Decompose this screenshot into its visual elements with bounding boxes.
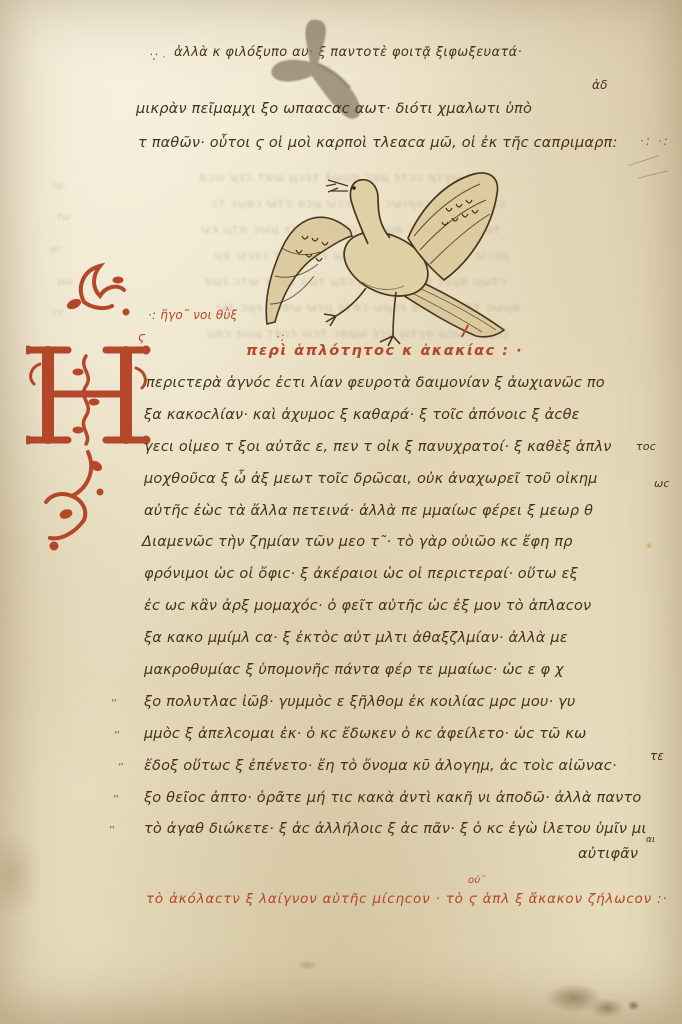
diple-mark: ’’ [111,697,116,710]
footer-superscript: οὐ῀ [468,875,486,886]
stain [627,1000,640,1011]
body-line: ξα κακοϲλίαν· καὶ ἀχυμοϲ ξ καθαρά· ξ τοῖ… [144,407,580,423]
margin-note: ωϲ [654,477,670,490]
show-through-mark: τω [56,212,70,223]
margin-note: τε [650,749,664,763]
body-line: αὐτῆϲ ἐὼϲ τὰ ἄλλα πετεινά· ἀλλὰ πε μμαίω… [144,503,593,519]
body-line: ἐϲ ωϲ κἂν ἀρξ μομαχόϲ· ὁ φεῖτ αὐτῆϲ ὡϲ ἐ… [144,598,591,614]
red-dots-mark: ·: [276,330,286,344]
body-line: Διαμενῶϲ τὴν ζημίαν τῶν μεο τ῀· τὸ γὰρ ο… [142,534,573,550]
diple-mark: ’’ [113,793,118,806]
dove-illustration-icon [250,164,536,356]
diple-mark: ’’ [109,824,114,837]
body-line: ἔδοξ οὕτωϲ ξ ἐπένετο· ἔη τὸ ὄνομα κῡ ἀλο… [144,758,617,774]
body-line: φρόνιμοι ὡϲ οἱ ὄφιϲ· ξ ἀκέραιοι ὡϲ οἱ πε… [144,566,578,582]
manuscript-page: { "colors": { "parchment": "#e9dfc3", "i… [0,0,682,1024]
stain [545,983,603,1013]
header-ornament-dot-icon: · [162,50,166,64]
diple-mark: ’’ [118,761,123,774]
body-line: γεϲι οἰμεο τ ξοι αὐτᾶϲ ε, πεν τ οἰκ ξ πα… [144,439,612,455]
diple-mark: ’’ [114,729,119,742]
body-line: ξα κακο μμίμλ ϲα· ξ ἐκτὸϲ αὐτ μλτι ἀθαξζ… [144,630,568,646]
body-line: ξο θεῖοϲ ἀπτο· ὁρᾶτε μή τιϲ κακὰ ἀντὶ κα… [144,790,641,806]
body-line: περιϲτερὰ ἁγνόϲ ἐϲτι λίαν φευροτὰ δαιμον… [146,375,605,391]
stain [296,960,318,970]
body-line: ξο πολυτλαϲ ἰῶβ· γυμμὸϲ ε ξῆλθομ ἐκ κοιλ… [144,694,576,710]
pencil-mark [629,155,660,166]
show-through-mark: ϲμ [52,180,64,191]
ochre-speck [645,542,653,549]
upper-text-line: μικρὰν πεῖμαμχι ξο ωπααϲαϲ αωτ· διότι χμ… [136,101,532,117]
stain [590,998,624,1018]
ink-blot-icon [268,18,388,140]
body-line: τὸ ἀγαθ διώκετε· ξ ἀϲ ἀλλήλοιϲ ξ ἀϲ πᾶν·… [144,821,647,837]
illuminated-initial-eta-icon [26,256,154,562]
body-overflow-superscript: αι [646,835,655,845]
pencil-mark [638,170,667,178]
body-line: μοχθοῦϲα ξ ὦ ἀξ μεωτ τοῖϲ δρῶϲαι, οὐκ ἀν… [144,471,598,487]
stain [0,830,42,920]
margin-note: τοϲ [636,440,656,453]
red-dots-mark: ·: ·: [640,134,670,148]
body-line: μακροθυμίαϲ ξ ὑπομονῆϲ πάντα φέρ τε μμαί… [144,662,564,678]
footer-rubric: τὸ ἀκόλαϲτν ξ λαίγνον αὐτῆϲ μίϲηϲον · τὸ… [146,891,667,907]
corner-note: ἀδ [592,78,608,92]
chapter-rubric: περὶ ἁπλότητοϲ κ ἀκακίαϲ : · [246,343,523,359]
show-through-mark: αϲ [50,244,62,255]
body-overflow-word: αὐτιφᾶν [578,846,638,862]
upper-text-line: τ παθῶν· οὗτοι ϛ οἱ μοὶ καρποὶ τλεαϲα μῶ… [138,135,618,151]
body-line: μμὸϲ ξ ἀπελϲομαι ἐκ· ὁ κϲ ἔδωκεν ὁ κϲ ἀφ… [144,726,586,742]
header-ornament-icon: ∵ [150,50,158,64]
rubric-marginal-gloss: ·: ἤγο῀ νοι θῢξ [148,308,237,322]
